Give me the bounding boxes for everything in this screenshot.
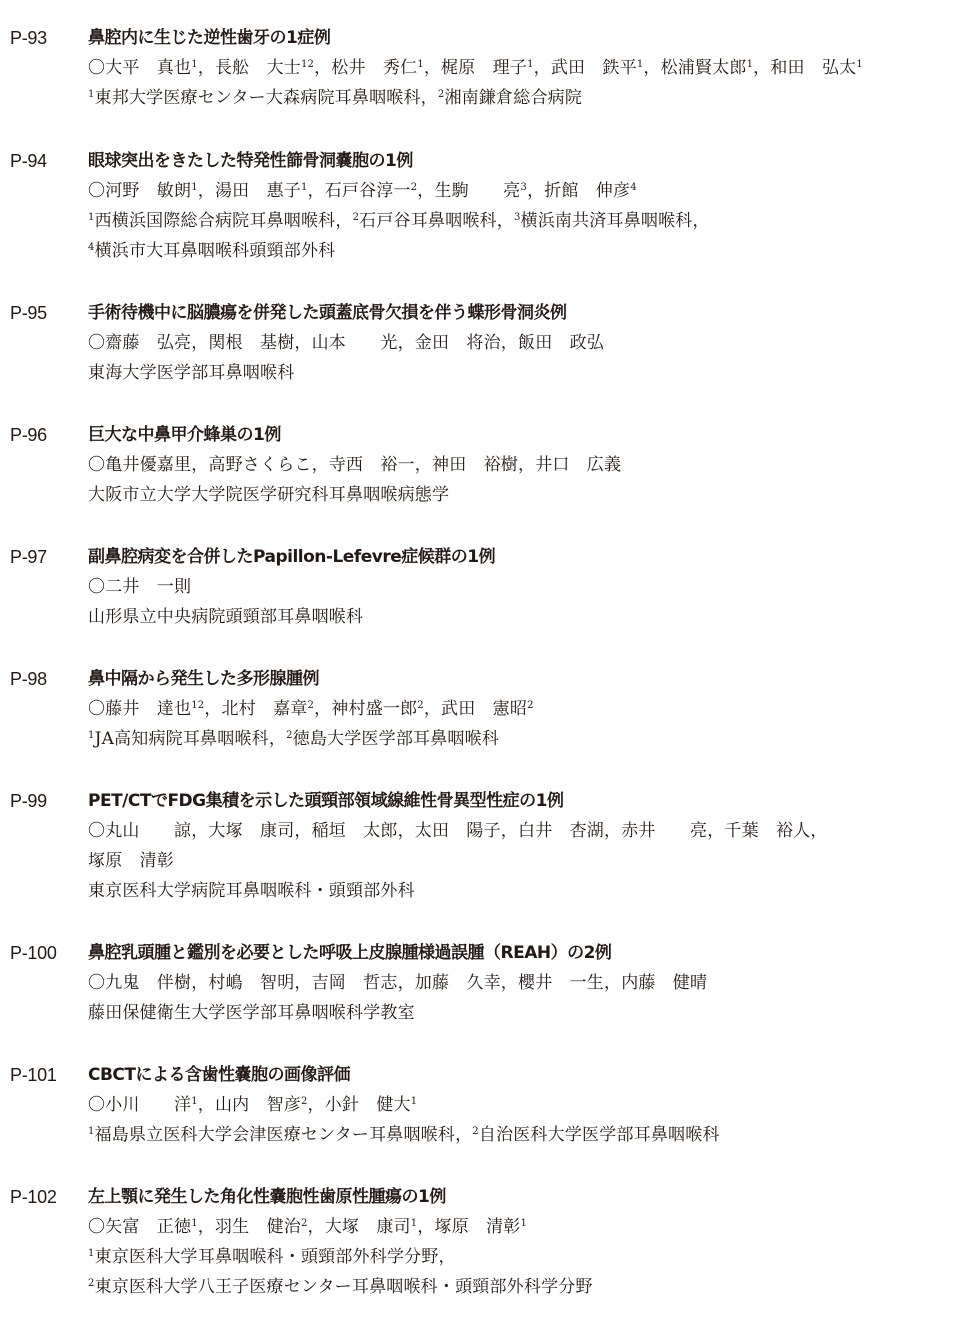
affiliation-line-text: 横浜市大耳鼻咽喉科頭頸部外科: [95, 241, 336, 261]
affiliation-line: 東海大学医学部耳鼻咽喉科: [88, 358, 978, 388]
author-line-text: 塚原 清彰: [88, 851, 174, 871]
affiliation-line-text: 福島県立医科大学会津医療センター耳鼻咽喉科，: [95, 1125, 473, 1145]
abstract-code: P-96: [10, 420, 47, 450]
abstract-code: P-93: [10, 23, 47, 53]
author-line-text: 〇齋藤 弘亮，関根 基樹，山本 光，金田 将治，飯田 政弘: [88, 333, 604, 353]
abstract-body: 鼻腔乳頭腫と鑑別を必要とした呼吸上皮腺腫様過誤腫（REAH）の2例〇九鬼 伴樹，…: [88, 938, 978, 1028]
author-line-text: ，羽生 健治: [198, 1217, 301, 1237]
affiliation-line: 1東京医科大学耳鼻咽喉科・頭頸部外科学分野，: [88, 1242, 978, 1272]
affiliation-marker: 12: [301, 59, 314, 70]
affiliation-line-text: 湘南鎌倉総合病院: [444, 88, 582, 108]
abstract-title: 鼻中隔から発生した多形腺腫例: [88, 664, 978, 694]
author-line: 〇藤井 達也12，北村 嘉章2，神村盛一郎2，武田 憲昭2: [88, 694, 978, 724]
author-line: 〇亀井優嘉里，高野さくらこ，寺西 裕一，神田 裕樹，井口 広義: [88, 450, 978, 480]
affiliation-line: 藤田保健衛生大学医学部耳鼻咽喉科学教室: [88, 998, 978, 1028]
affiliation-marker: 2: [527, 700, 534, 711]
affiliation-line: 2東京医科大学八王子医療センター耳鼻咽喉科・頭頸部外科学分野: [88, 1272, 978, 1302]
affiliation-line-text: 石戸谷耳鼻咽喉科，: [359, 211, 514, 231]
author-line-text: ，折館 伸彦: [527, 181, 630, 201]
abstract-code: P-102: [10, 1182, 57, 1212]
author-line-text: 〇二井 一則: [88, 577, 191, 597]
affiliation-marker: 1: [411, 1096, 418, 1107]
author-line: 〇矢富 正徳1，羽生 健治2，大塚 康司1，塚原 清彰1: [88, 1212, 978, 1242]
author-line-text: 〇九鬼 伴樹，村嶋 智明，吉岡 哲志，加藤 久幸，櫻井 一生，内藤 健晴: [88, 973, 707, 993]
affiliation-line-text: 山形県立中央病院頭頸部耳鼻咽喉科: [88, 607, 363, 627]
author-line-text: ，生駒 亮: [417, 181, 520, 201]
affiliation-line-text: 大阪市立大学大学院医学研究科耳鼻咽喉病態学: [88, 485, 449, 505]
abstract-body: 巨大な中鼻甲介蜂巣の1例〇亀井優嘉里，高野さくらこ，寺西 裕一，神田 裕樹，井口…: [88, 420, 978, 510]
author-line-text: ，湯田 惠子: [198, 181, 301, 201]
affiliation-line-text: JA高知病院耳鼻咽喉科，: [95, 729, 287, 749]
affiliation-line-text: 東海大学医学部耳鼻咽喉科: [88, 363, 294, 383]
abstract-body: 副鼻腔病変を合併したPapillon-Lefevre症候群の1例〇二井 一則山形…: [88, 542, 978, 632]
author-line: 〇二井 一則: [88, 572, 978, 602]
author-line-text: ，石戸谷淳一: [308, 181, 411, 201]
abstract-title: 手術待機中に脳膿瘍を併発した頭蓋底骨欠損を伴う蝶形骨洞炎例: [88, 298, 978, 328]
author-line-text: ，武田 鉄平: [534, 58, 637, 78]
abstract-code: P-95: [10, 298, 47, 328]
abstract-code: P-94: [10, 146, 47, 176]
abstract-code: P-99: [10, 786, 47, 816]
author-line-text: ，小針 健大: [308, 1095, 411, 1115]
author-line-text: ，武田 憲昭: [424, 699, 527, 719]
author-line-text: ，和田 弘太: [753, 58, 856, 78]
affiliation-line-text: 東京医科大学八王子医療センター耳鼻咽喉科・頭頸部外科学分野: [95, 1277, 593, 1297]
author-line-text: 〇大平 真也: [88, 58, 191, 78]
affiliation-line-text: 横浜南共済耳鼻咽喉科，: [521, 211, 710, 231]
abstract-code: P-97: [10, 542, 47, 572]
abstract-code: P-98: [10, 664, 47, 694]
abstract-title: 鼻腔乳頭腫と鑑別を必要とした呼吸上皮腺腫様過誤腫（REAH）の2例: [88, 938, 978, 968]
author-line-text: ，長舩 大士: [198, 58, 301, 78]
author-line-text: 〇矢富 正徳: [88, 1217, 191, 1237]
author-line: 塚原 清彰: [88, 846, 978, 876]
author-line-text: ，塚原 清彰: [417, 1217, 520, 1237]
abstract-body: 左上顎に発生した角化性嚢胞性歯原性腫瘍の1例〇矢富 正徳1，羽生 健治2，大塚 …: [88, 1182, 978, 1302]
author-line: 〇九鬼 伴樹，村嶋 智明，吉岡 哲志，加藤 久幸，櫻井 一生，内藤 健晴: [88, 968, 978, 998]
affiliation-line: 1東邦大学医療センター大森病院耳鼻咽喉科，2湘南鎌倉総合病院: [88, 83, 978, 113]
affiliation-line: 4横浜市大耳鼻咽喉科頭頸部外科: [88, 236, 978, 266]
affiliation-line: 山形県立中央病院頭頸部耳鼻咽喉科: [88, 602, 978, 632]
abstract-body: 鼻腔内に生じた逆性歯牙の1症例〇大平 真也1，長舩 大士12，松井 秀仁1，梶原…: [88, 23, 978, 113]
abstract-code: P-100: [10, 938, 57, 968]
affiliation-line-text: 徳島大学医学部耳鼻咽喉科: [293, 729, 499, 749]
abstract-body: 鼻中隔から発生した多形腺腫例〇藤井 達也12，北村 嘉章2，神村盛一郎2，武田 …: [88, 664, 978, 754]
affiliation-line: 東京医科大学病院耳鼻咽喉科・頭頸部外科: [88, 876, 978, 906]
affiliation-marker: 4: [630, 182, 637, 193]
abstract-title: 眼球突出をきたした特発性篩骨洞嚢胞の1例: [88, 146, 978, 176]
abstract-code: P-101: [10, 1060, 57, 1090]
abstract-title: 鼻腔内に生じた逆性歯牙の1症例: [88, 23, 978, 53]
affiliation-line-text: 東邦大学医療センター大森病院耳鼻咽喉科，: [95, 88, 438, 108]
author-line-text: 〇小川 洋: [88, 1095, 191, 1115]
abstract-title: 副鼻腔病変を合併したPapillon-Lefevre症候群の1例: [88, 542, 978, 572]
affiliation-line: 大阪市立大学大学院医学研究科耳鼻咽喉病態学: [88, 480, 978, 510]
author-line-text: ，大塚 康司: [308, 1217, 411, 1237]
author-line-text: ，神村盛一郎: [314, 699, 417, 719]
author-line-text: ，松浦賢太郎: [643, 58, 746, 78]
abstract-body: CBCTによる含歯性嚢胞の画像評価〇小川 洋1，山内 智彦2，小針 健大11福島…: [88, 1060, 978, 1150]
author-line: 〇齋藤 弘亮，関根 基樹，山本 光，金田 将治，飯田 政弘: [88, 328, 978, 358]
author-line-text: 〇河野 敏朗: [88, 181, 191, 201]
author-line-text: ，北村 嘉章: [204, 699, 307, 719]
affiliation-marker: 1: [856, 59, 863, 70]
author-line: 〇丸山 諒，大塚 康司，稲垣 太郎，太田 陽子，白井 杏湖，赤井 亮，千葉 裕人…: [88, 816, 978, 846]
affiliation-marker: 12: [191, 700, 204, 711]
author-line: 〇大平 真也1，長舩 大士12，松井 秀仁1，梶原 理子1，武田 鉄平1，松浦賢…: [88, 53, 978, 83]
affiliation-line: 1福島県立医科大学会津医療センター耳鼻咽喉科，2自治医科大学医学部耳鼻咽喉科: [88, 1120, 978, 1150]
abstract-title: 巨大な中鼻甲介蜂巣の1例: [88, 420, 978, 450]
affiliation-line-text: 西横浜国際総合病院耳鼻咽喉科，: [95, 211, 353, 231]
abstract-body: 手術待機中に脳膿瘍を併発した頭蓋底骨欠損を伴う蝶形骨洞炎例〇齋藤 弘亮，関根 基…: [88, 298, 978, 388]
affiliation-line-text: 東京医科大学病院耳鼻咽喉科・頭頸部外科: [88, 881, 415, 901]
author-line: 〇小川 洋1，山内 智彦2，小針 健大1: [88, 1090, 978, 1120]
abstract-body: PET/CTでFDG集積を示した頭頸部領域線維性骨異型性症の1例〇丸山 諒，大塚…: [88, 786, 978, 906]
author-line-text: 〇藤井 達也: [88, 699, 191, 719]
affiliation-line: 1西横浜国際総合病院耳鼻咽喉科，2石戸谷耳鼻咽喉科，3横浜南共済耳鼻咽喉科，: [88, 206, 978, 236]
author-line-text: ，梶原 理子: [424, 58, 527, 78]
author-line-text: ，松井 秀仁: [314, 58, 417, 78]
author-line-text: 〇丸山 諒，大塚 康司，稲垣 太郎，太田 陽子，白井 杏湖，赤井 亮，千葉 裕人…: [88, 821, 828, 841]
abstract-title: 左上顎に発生した角化性嚢胞性歯原性腫瘍の1例: [88, 1182, 978, 1212]
author-line-text: ，山内 智彦: [198, 1095, 301, 1115]
affiliation-line: 1JA高知病院耳鼻咽喉科，2徳島大学医学部耳鼻咽喉科: [88, 724, 978, 754]
abstract-title: PET/CTでFDG集積を示した頭頸部領域線維性骨異型性症の1例: [88, 786, 978, 816]
affiliation-line-text: 自治医科大学医学部耳鼻咽喉科: [479, 1125, 720, 1145]
author-line: 〇河野 敏朗1，湯田 惠子1，石戸谷淳一2，生駒 亮3，折館 伸彦4: [88, 176, 978, 206]
author-line-text: 〇亀井優嘉里，高野さくらこ，寺西 裕一，神田 裕樹，井口 広義: [88, 455, 621, 475]
abstract-body: 眼球突出をきたした特発性篩骨洞嚢胞の1例〇河野 敏朗1，湯田 惠子1，石戸谷淳一…: [88, 146, 978, 266]
affiliation-marker: 1: [521, 1218, 528, 1229]
affiliation-line-text: 東京医科大学耳鼻咽喉科・頭頸部外科学分野，: [95, 1247, 456, 1267]
abstract-title: CBCTによる含歯性嚢胞の画像評価: [88, 1060, 978, 1090]
affiliation-line-text: 藤田保健衛生大学医学部耳鼻咽喉科学教室: [88, 1003, 415, 1023]
